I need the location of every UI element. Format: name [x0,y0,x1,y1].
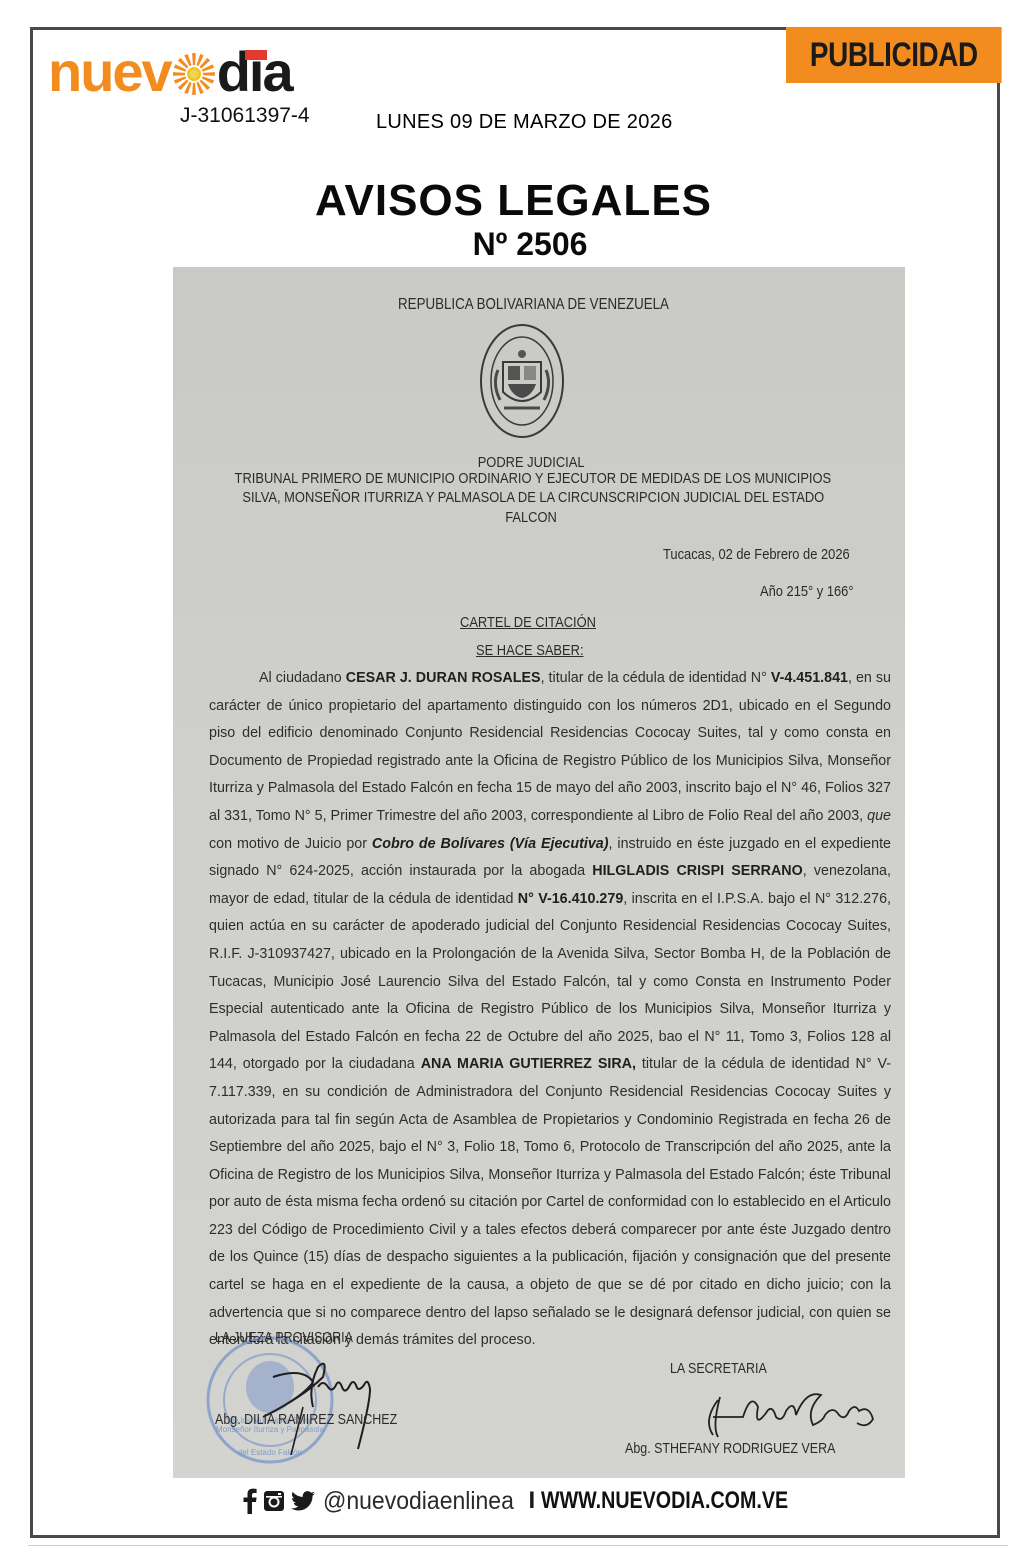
footer-separator: I [528,1487,535,1515]
instagram-icon[interactable] [263,1490,285,1512]
logo-text-orange: nuev [48,44,171,100]
social-handle-link[interactable]: @nuevodiaenlinea [323,1487,514,1516]
branch-heading: PODRE JUDICIAL [173,454,897,471]
nuevodia-logo: nuev dia [48,44,292,100]
notice-body: Al ciudadano CESAR J. DURAN ROSALES, tit… [209,665,891,1355]
facebook-icon[interactable] [243,1488,257,1514]
court-line-2: SILVA, MONSEÑOR ITURRIZA Y PALMASOLA DE … [173,489,899,506]
cartel-heading: CARTEL DE CITACIÓN [460,614,596,631]
judge-title: LA JUEZA PROVISORIA [215,1330,353,1346]
sun-icon [172,52,216,96]
secretary-title: LA SECRETARIA [670,1361,767,1377]
footer-bar: @nuevodiaenlinea I WWW.NUEVODIA.COM.VE [243,1486,842,1516]
section-badge: PUBLICIDAD [786,27,1002,83]
page-title: AVISOS LEGALES [0,176,1027,226]
notice-paragraph: Al ciudadano CESAR J. DURAN ROSALES, tit… [209,665,891,1355]
company-rif: J-31061397-4 [180,104,310,128]
tribunal-supremo-de-justicia-seal-icon [478,322,566,440]
country-header: REPUBLICA BOLIVARIANA DE VENEZUELA [173,296,899,314]
place-date: Tucacas, 02 de Febrero de 2026 [663,546,850,563]
logo-text-dark: dia [217,44,292,100]
secretary-name: Abg. STHEFANY RODRIGUEZ VERA [625,1441,835,1457]
legal-notice-document: REPUBLICA BOLIVARIANA DE VENEZUELA PODRE… [173,267,905,1478]
website-link[interactable]: WWW.NUEVODIA.COM.VE [541,1487,788,1515]
court-line-3: FALCON [173,509,897,526]
publication-date: LUNES 09 DE MARZO DE 2026 [376,111,673,134]
secretary-signature-icon [688,1385,903,1445]
notice-number: Nº 2506 [0,226,1027,263]
twitter-icon[interactable] [291,1491,315,1511]
year-line: Año 215° y 166° [760,583,854,600]
page-edge-line [28,1545,1008,1546]
se-hace-saber-heading: SE HACE SABER: [476,642,584,659]
logo-accent-bar [245,50,267,60]
judge-signature-icon [233,1347,423,1457]
court-line-1: TRIBUNAL PRIMERO DE MUNICIPIO ORDINARIO … [173,470,899,487]
judge-name: Abg. DILIA RAMIREZ SANCHEZ [215,1412,397,1428]
